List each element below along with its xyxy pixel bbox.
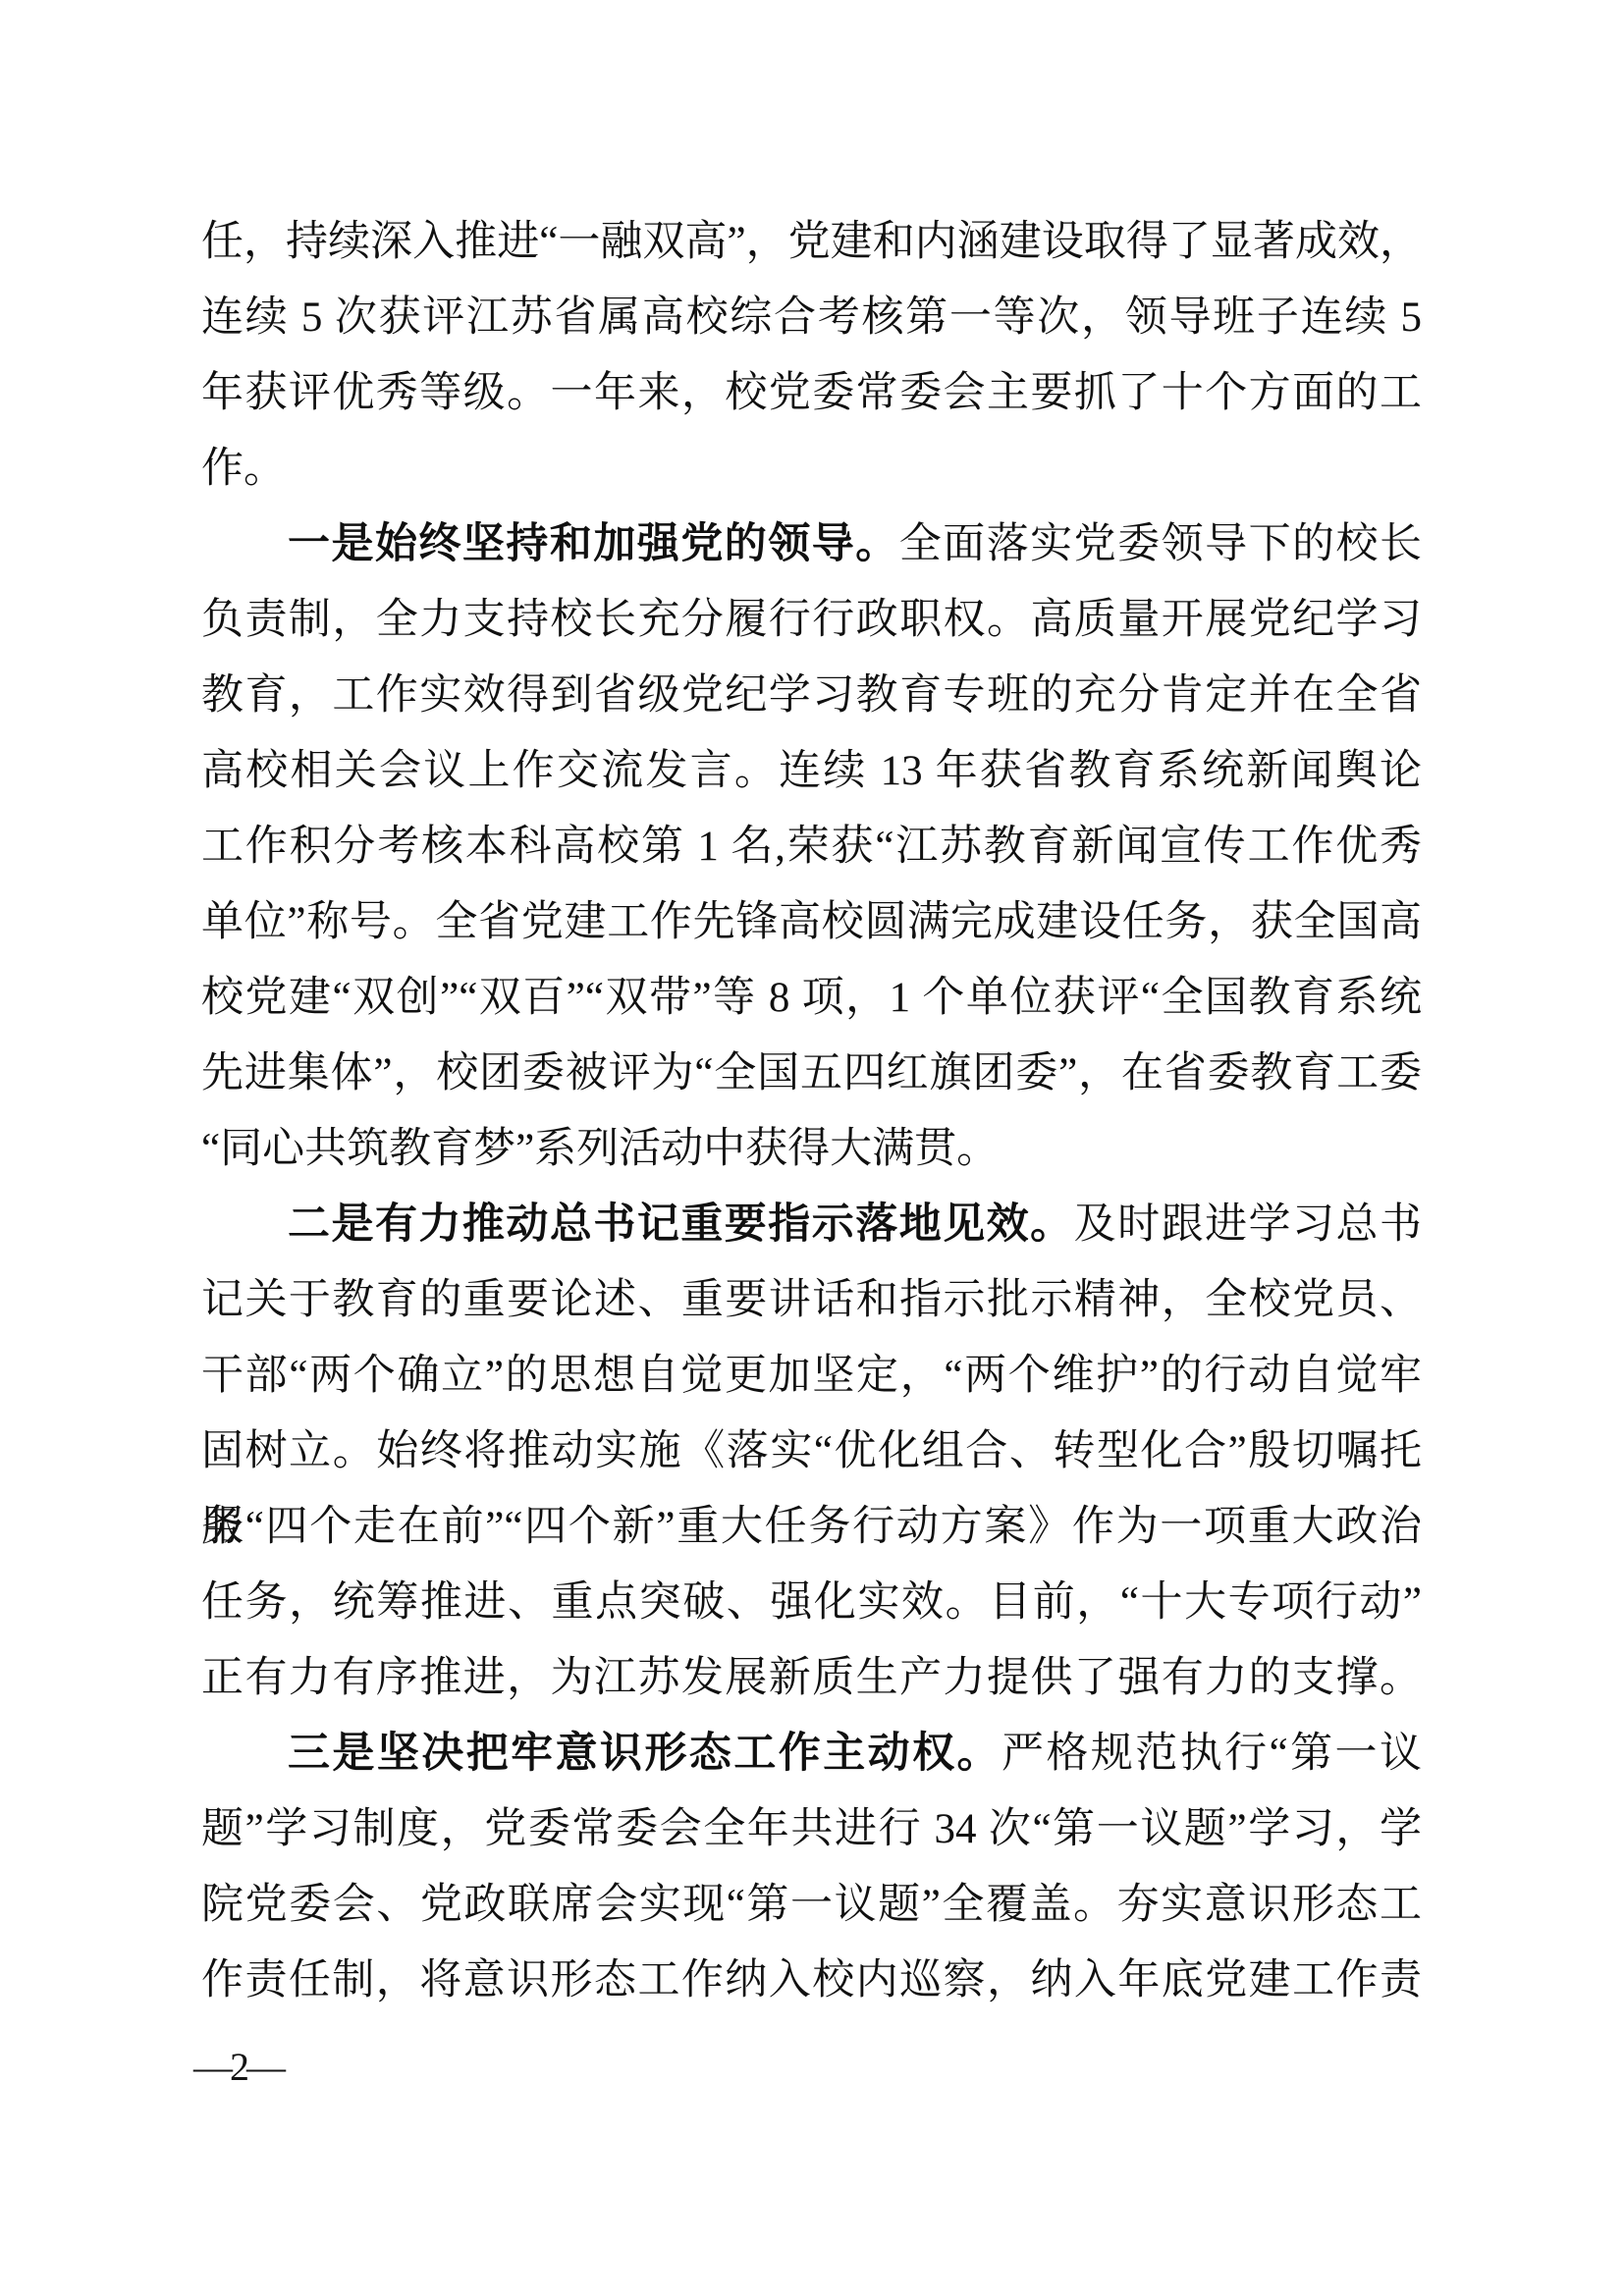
document-body: 任，持续深入推进“一融双高”，党建和内涵建设取得了显著成效，连续 5 次获评江苏… bbox=[201, 204, 1422, 2018]
text-segment: “同心共筑教育梦”系列活动中获得大满贯。 bbox=[201, 1126, 999, 1172]
text-segment: 全面落实党委领导下的校长 bbox=[899, 521, 1422, 567]
text-line: 干部“两个确立”的思想自觉更加坚定，“两个维护”的行动自觉牢 bbox=[201, 1338, 1422, 1414]
text-line: 连续 5 次获评江苏省属高校综合考核第一等次，领导班子连续 5 bbox=[201, 280, 1422, 355]
text-segment: 高校相关会议上作交流发言。连续 13 年获省教育系统新闻舆论 bbox=[201, 748, 1422, 794]
text-line: 二是有力推动总书记重要指示落地见效。及时跟进学习总书 bbox=[201, 1187, 1422, 1262]
text-line: 正有力有序推进，为江苏发展新质生产力提供了强有力的支撑。 bbox=[201, 1640, 1422, 1716]
text-segment: 工作积分考核本科高校第 1 名,荣获“江苏教育新闻宣传工作优秀 bbox=[201, 824, 1422, 870]
text-line: 先进集体”，校团委被评为“全国五四红旗团委”，在省委教育工委 bbox=[201, 1036, 1422, 1111]
text-segment: 院党委会、党政联席会实现“第一议题”全覆盖。夯实意识形态工 bbox=[201, 1882, 1422, 1928]
bold-text-segment: 三是坚决把牢意识形态工作主动权。 bbox=[288, 1730, 1001, 1777]
text-line: 固树立。始终将推动实施《落实“优化组合、转型化合”殷切嘱托 服 bbox=[201, 1414, 1422, 1489]
text-line: 负责制，全力支持校长充分履行行政职权。高质量开展党纪学习 bbox=[201, 582, 1422, 658]
text-segment: 负责制，全力支持校长充分履行行政职权。高质量开展党纪学习 bbox=[201, 597, 1422, 643]
text-line: “同心共筑教育梦”系列活动中获得大满贯。 bbox=[201, 1111, 1422, 1187]
text-segment: 务“四个走在前”“四个新”重大任务行动方案》作为一项重大政治 bbox=[201, 1504, 1422, 1550]
text-segment: 任，持续深入推进“一融双高”，党建和内涵建设取得了显著成效， bbox=[201, 219, 1422, 265]
text-line: 三是坚决把牢意识形态工作主动权。严格规范执行“第一议 bbox=[201, 1716, 1422, 1791]
text-segment: 正有力有序推进，为江苏发展新质生产力提供了强有力的支撑。 bbox=[201, 1655, 1422, 1701]
document-page: 任，持续深入推进“一融双高”，党建和内涵建设取得了显著成效，连续 5 次获评江苏… bbox=[0, 0, 1624, 2296]
text-segment: 题”学习制度，党委常委会全年共进行 34 次“第一议题”学习，学 bbox=[201, 1806, 1422, 1852]
text-line: 务“四个走在前”“四个新”重大任务行动方案》作为一项重大政治 bbox=[201, 1489, 1422, 1565]
text-segment: 校党建“双创”“双百”“双带”等 8 项，1 个单位获评“全国教育系统 bbox=[201, 975, 1422, 1021]
text-segment: 任务，统筹推进、重点突破、强化实效。目前，“十大专项行动” bbox=[201, 1579, 1422, 1626]
text-line: 任务，统筹推进、重点突破、强化实效。目前，“十大专项行动” bbox=[201, 1565, 1422, 1640]
text-line: 题”学习制度，党委常委会全年共进行 34 次“第一议题”学习，学 bbox=[201, 1791, 1422, 1867]
text-segment: 年获评优秀等级。一年来，校党委常委会主要抓了十个方面的工 bbox=[201, 370, 1422, 416]
text-line: 院党委会、党政联席会实现“第一议题”全覆盖。夯实意识形态工 bbox=[201, 1867, 1422, 1943]
text-segment: 作责任制，将意识形态工作纳入校内巡察，纳入年底党建工作责 bbox=[201, 1957, 1422, 2003]
text-line: 任，持续深入推进“一融双高”，党建和内涵建设取得了显著成效， bbox=[201, 204, 1422, 280]
text-segment: 先进集体”，校团委被评为“全国五四红旗团委”，在省委教育工委 bbox=[201, 1050, 1422, 1096]
text-line: 校党建“双创”“双百”“双带”等 8 项，1 个单位获评“全国教育系统 bbox=[201, 960, 1422, 1036]
text-line: 记关于教育的重要论述、重要讲话和指示批示精神，全校党员、 bbox=[201, 1262, 1422, 1338]
bold-text-segment: 二是有力推动总书记重要指示落地见效。 bbox=[288, 1201, 1074, 1248]
text-segment: 单位”称号。全省党建工作先锋高校圆满完成建设任务，获全国高 bbox=[201, 899, 1422, 945]
text-segment: 作。 bbox=[201, 446, 286, 492]
text-line: 教育，工作实效得到省级党纪学习教育专班的充分肯定并在全省 bbox=[201, 658, 1422, 733]
text-line: 高校相关会议上作交流发言。连续 13 年获省教育系统新闻舆论 bbox=[201, 733, 1422, 809]
text-segment: 及时跟进学习总书 bbox=[1074, 1201, 1422, 1248]
text-line: 作。 bbox=[201, 431, 1422, 507]
text-line: 作责任制，将意识形态工作纳入校内巡察，纳入年底党建工作责 bbox=[201, 1943, 1422, 2018]
text-segment: 教育，工作实效得到省级党纪学习教育专班的充分肯定并在全省 bbox=[201, 672, 1422, 719]
text-line: 一是始终坚持和加强党的领导。全面落实党委领导下的校长 bbox=[201, 507, 1422, 582]
text-segment: 记关于教育的重要论述、重要讲话和指示批示精神，全校党员、 bbox=[201, 1277, 1422, 1323]
page-number: —2— bbox=[193, 2044, 283, 2091]
text-line: 单位”称号。全省党建工作先锋高校圆满完成建设任务，获全国高 bbox=[201, 884, 1422, 960]
text-segment: 连续 5 次获评江苏省属高校综合考核第一等次，领导班子连续 5 bbox=[201, 294, 1422, 341]
text-segment: 干部“两个确立”的思想自觉更加坚定，“两个维护”的行动自觉牢 bbox=[201, 1353, 1422, 1399]
bold-text-segment: 一是始终坚持和加强党的领导。 bbox=[288, 520, 899, 567]
text-segment: 严格规范执行“第一议 bbox=[1001, 1731, 1422, 1777]
text-line: 工作积分考核本科高校第 1 名,荣获“江苏教育新闻宣传工作优秀 bbox=[201, 809, 1422, 884]
text-line: 年获评优秀等级。一年来，校党委常委会主要抓了十个方面的工 bbox=[201, 355, 1422, 431]
